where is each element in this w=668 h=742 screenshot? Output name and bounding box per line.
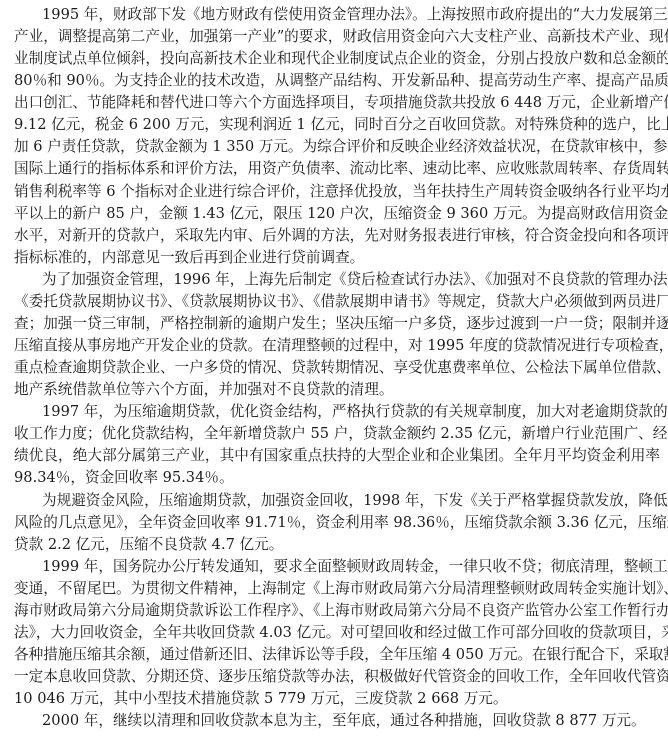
text-line: 98.34％，资金回收率 95.34％。 bbox=[14, 466, 660, 489]
text-line: 10 046 万元，其中小型技术措施贷款 5 779 万元，三废贷款 2 668… bbox=[14, 687, 660, 710]
text-line: 压缩直接从事房地产开发企业的贷款。在清理整顿的过程中，对 1995 年度的贷款情… bbox=[14, 334, 660, 357]
text-line: 指标标准的，内部意见一致后再到企业进行贷前调查。 bbox=[14, 246, 660, 269]
text-line: 1997 年，为压缩逾期贷款，优化资金结构，严格执行贷款的有关规章制度，加大对老… bbox=[42, 400, 660, 423]
text-line: 产业，调整提高第二产业，加强第一产业”的要求，财政信用资金向六大支柱产业、高新技… bbox=[14, 25, 660, 48]
text-line: 一定本息收回贷款、分期还贷、逐步压缩贷款等办法，积极做好代管资金的回收工作，全年… bbox=[14, 665, 660, 688]
text-line: 国际上通行的指标体系和评价方法，用资产负债率、流动比率、速动比率、应收账款周转率… bbox=[14, 157, 660, 180]
text-line: 出口创汇、节能降耗和替代进口等六个方面选择项目，专项措施贷款共投放 6 448 … bbox=[14, 91, 660, 114]
text-line: 贷款 2.2 亿元，压缩不良贷款 4.7 亿元。 bbox=[14, 533, 660, 556]
text-line: 变通，不留尾巴。为贯彻文件精神，上海制定《上海市财政局第六分局清理整顿财政周转金… bbox=[14, 577, 660, 600]
text-line: 1999 年，国务院办公厅转发通知，要求全面整顿财政周转金，一律只收不贷；彻底清… bbox=[42, 555, 660, 578]
text-line: 各种措施压缩其余额，通过借新还旧、法律诉讼等手段，全年压缩 4 050 万元。在… bbox=[14, 643, 660, 666]
text-line: 为了加强资金管理，1996 年，上海先后制定《贷后检查试行办法》、《加强对不良贷… bbox=[42, 268, 660, 291]
text-line: 为规避资金风险，压缩逾期贷款，加强资金回收，1998 年，下发《关于严格掌握贷款… bbox=[42, 489, 660, 512]
text-line: 销售利税率等 6 个指标对企业进行综合评价，注意择优投放，当年扶持生产周转资金吸… bbox=[14, 180, 660, 203]
text-line: 风险的几点意见》，全年资金回收率 91.71％，资金利用率 98.36％，压缩贷… bbox=[14, 511, 660, 534]
text-line: 平以上的新户 85 户，金额 1.43 亿元，限压 120 户次，压缩资金 9 … bbox=[14, 202, 660, 225]
text-line: 重点检查逾期贷款企业、一户多贷的情况、贷款转期情况、享受优惠费率单位、公检法下属… bbox=[14, 356, 660, 379]
document-page: 1995 年，财政部下发《地方财政有偿使用资金管理办法》。上海按照市政府提出的“… bbox=[0, 0, 668, 742]
text-line: 9.12 亿元，税金 6 200 万元，实现利润近 1 亿元，同时百分之百收回贷… bbox=[14, 113, 660, 136]
text-line: 法》，大力回收资金，全年共收回贷款 4.03 亿元。对可望回收和经过做工作可部分… bbox=[14, 621, 660, 644]
text-line: 查；加强一贷三审制，严格控制新的逾期户发生；坚决压缩一户多贷，逐步过渡到一户一贷… bbox=[14, 312, 660, 335]
text-line: 绩优良，绝大部分属第三产业，其中有国家重点扶持的大型企业和企业集团。全年月平均资… bbox=[14, 444, 660, 467]
text-line: 地产系统借款单位等六个方面，并加强对不良贷款的清理。 bbox=[14, 378, 660, 401]
text-line: 2000 年，继续以清理和回收贷款本息为主，至年底，通过各种措施，回收贷款 8 … bbox=[42, 709, 660, 732]
text-line: 海市财政局第六分局逾期贷款诉讼工作程序》、《上海市财政局第六分局不良资产监管办公… bbox=[14, 599, 660, 622]
text-line: 加 6 户责任贷款，贷款金额为 1 350 万元。为综合评价和反映企业经济效益状… bbox=[14, 135, 660, 158]
text-line: 收工作力度；优化贷款结构，全年新增贷款户 55 户，贷款金额约 2.35 亿元，… bbox=[14, 422, 660, 445]
text-line: 1995 年，财政部下发《地方财政有偿使用资金管理办法》。上海按照市政府提出的“… bbox=[42, 3, 660, 26]
text-line: 业制度试点单位倾斜，投向高新技术企业和现代企业制度试点企业的资金，分别占投放户数… bbox=[14, 47, 660, 70]
text-line: 80％和 90％。为支持企业的技术改造，从调整产品结构、开发新品种、提高劳动生产… bbox=[14, 69, 660, 92]
text-line: 水平，对新开的贷款户，采取先内审、后外调的方法，先对财务报表进行审核，符合资金投… bbox=[14, 224, 660, 247]
text-line: 《委托贷款展期协议书》、《贷款展期协议书》、《借款展期申请书》等规定，贷款大户必… bbox=[14, 290, 660, 313]
